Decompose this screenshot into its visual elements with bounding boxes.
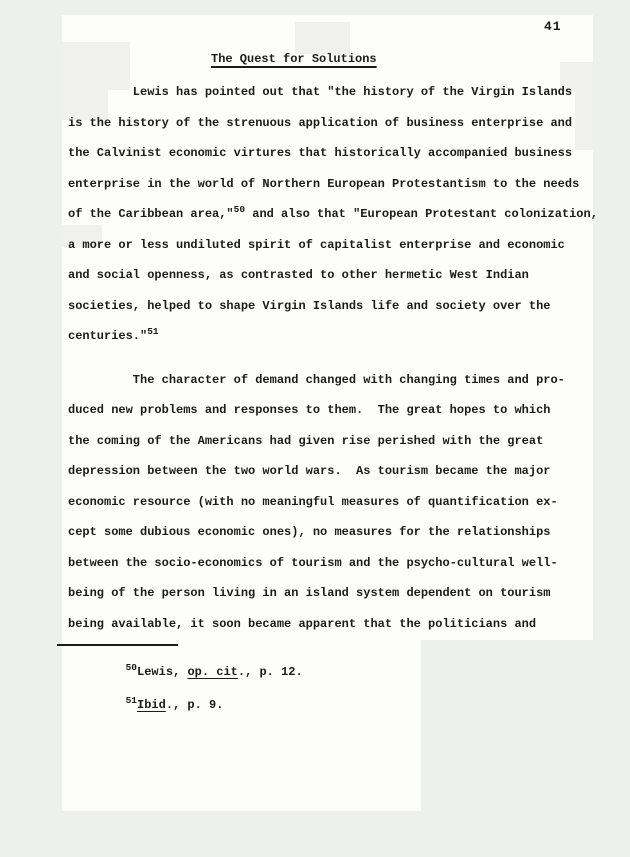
- text-line: being of the person living in an island …: [68, 578, 598, 609]
- footnote-ref: 50: [126, 662, 137, 673]
- paragraph: Lewis has pointed out that "the history …: [68, 77, 598, 352]
- text-line: the coming of the Americans had given ri…: [68, 426, 598, 457]
- scanned-document-screenshot: { "colors": { "background": "#eef0ed", "…: [0, 0, 630, 857]
- text-line: of the Caribbean area,"50 and also that …: [68, 199, 598, 230]
- text-line: the Calvinist economic virtures that his…: [68, 138, 598, 169]
- text-run: duced new problems and responses to them…: [68, 403, 550, 417]
- underlined-text: Ibid: [137, 698, 166, 712]
- text-run: between the socio-economics of tourism a…: [68, 556, 558, 570]
- scan-corner-cut: [421, 640, 593, 811]
- text-run: centuries.": [68, 329, 147, 343]
- text-line: centuries."51: [68, 321, 598, 352]
- text-line: and social openness, as contrasted to ot…: [68, 260, 598, 291]
- text-run: and also that "European Protestant colon…: [245, 207, 598, 221]
- scan-artifact: [295, 22, 350, 54]
- footnote-ref: 51: [126, 695, 137, 706]
- text-line: enterprise in the world of Northern Euro…: [68, 169, 598, 200]
- text-run: [68, 665, 126, 679]
- text-line: societies, helped to shape Virgin Island…: [68, 291, 598, 322]
- text-run: Lewis has pointed out that "the history …: [68, 85, 572, 99]
- text-run: ., p. 9.: [166, 698, 224, 712]
- page-number: 41: [544, 19, 562, 34]
- footnotes: 50Lewis, op. cit., p. 12. 51Ibid., p. 9.: [68, 656, 303, 722]
- text-line: is the history of the strenuous applicat…: [68, 108, 598, 139]
- text-run: is the history of the strenuous applicat…: [68, 116, 572, 130]
- body-text: Lewis has pointed out that "the history …: [68, 77, 598, 639]
- text-run: The character of demand changed with cha…: [68, 373, 565, 387]
- text-run: societies, helped to shape Virgin Island…: [68, 299, 550, 313]
- text-line: a more or less undiluted spirit of capit…: [68, 230, 598, 261]
- text-run: the coming of the Americans had given ri…: [68, 434, 543, 448]
- text-line: cept some dubious economic ones), no mea…: [68, 517, 598, 548]
- text-run: being available, it soon became apparent…: [68, 617, 536, 631]
- footnote-line: 50Lewis, op. cit., p. 12.: [68, 656, 303, 689]
- text-run: ., p. 12.: [238, 665, 303, 679]
- footnote-ref: 51: [147, 326, 158, 337]
- underlined-text: op. cit: [187, 665, 237, 679]
- text-line: Lewis has pointed out that "the history …: [68, 77, 598, 108]
- footnote-line: 51Ibid., p. 9.: [68, 689, 303, 722]
- text-run: economic resource (with no meaningful me…: [68, 495, 558, 509]
- paragraph: The character of demand changed with cha…: [68, 365, 598, 640]
- footnote-ref: 50: [234, 204, 245, 215]
- text-run: [68, 698, 126, 712]
- text-run: a more or less undiluted spirit of capit…: [68, 238, 565, 252]
- text-run: being of the person living in an island …: [68, 586, 550, 600]
- footnote-separator-rule: [57, 644, 178, 646]
- text-run: the Calvinist economic virtures that his…: [68, 146, 572, 160]
- text-line: depression between the two world wars. A…: [68, 456, 598, 487]
- text-run: and social openness, as contrasted to ot…: [68, 268, 529, 282]
- text-run: of the Caribbean area,": [68, 207, 234, 221]
- text-line: duced new problems and responses to them…: [68, 395, 598, 426]
- text-run: depression between the two world wars. A…: [68, 464, 550, 478]
- text-line: economic resource (with no meaningful me…: [68, 487, 598, 518]
- text-line: between the socio-economics of tourism a…: [68, 548, 598, 579]
- text-run: Lewis,: [137, 665, 187, 679]
- text-run: enterprise in the world of Northern Euro…: [68, 177, 579, 191]
- text-line: The character of demand changed with cha…: [68, 365, 598, 396]
- text-line: being available, it soon became apparent…: [68, 609, 598, 640]
- text-run: cept some dubious economic ones), no mea…: [68, 525, 550, 539]
- section-title: The Quest for Solutions: [211, 52, 377, 66]
